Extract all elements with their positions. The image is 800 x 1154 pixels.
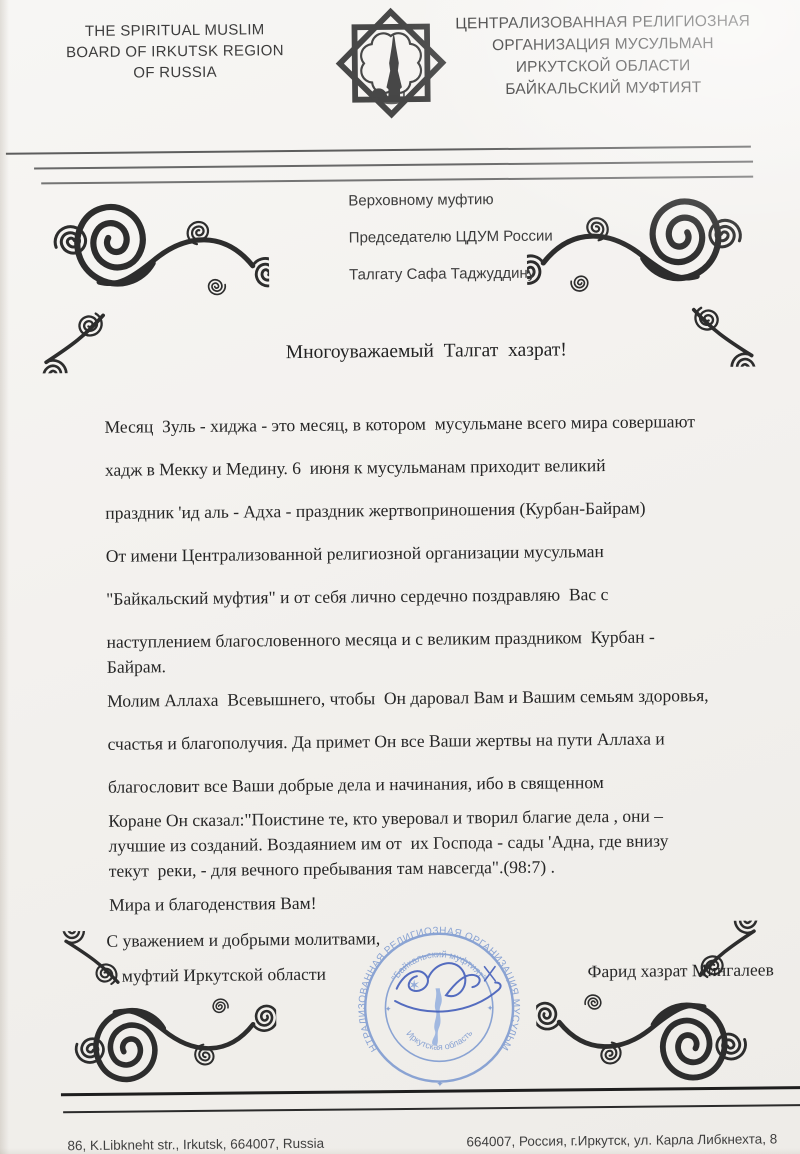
letter-body-line: От имени Централизованной религиозной ор… — [106, 540, 756, 567]
stamp-star-right: ✦ — [487, 1004, 494, 1013]
footer-address-ru: 664007, Россия, г.Иркутск, ул. Карла Либ… — [466, 1131, 777, 1149]
letter-body-line: праздник 'ид аль - Адха - праздник жертв… — [105, 497, 755, 524]
addressee-line: Верховному муфтию — [348, 191, 552, 211]
letter-body-line: "Байкальский муфтия" и от себя лично сер… — [106, 583, 756, 610]
org-name-ru-line: ОРГАНИЗАЦИЯ МУСУЛЬМАН — [447, 33, 759, 58]
letter-body-line: хадж в Мекку и Медину. 6 июня к мусульма… — [105, 454, 755, 481]
corner-swirl-flourish-bottom-right-icon — [535, 920, 800, 1089]
letter-body-line: Мира и благоденствия Вам! — [109, 889, 759, 916]
org-name-ru: ЦЕНТРАЛИЗОВАННАЯ РЕЛИГИОЗНАЯОРГАНИЗАЦИЯ … — [447, 11, 760, 102]
letterhead-rule-bottom — [41, 176, 753, 185]
stamp-inner-bottom-text: Иркутская область — [404, 1028, 474, 1053]
org-name-en-line: BOARD OF IRKUTSK REGION — [63, 40, 287, 63]
org-name-en-line: THE SPIRITUAL MUSLIM — [63, 19, 287, 42]
letter-body-line: благословит все Ваши добрые дела и начин… — [108, 771, 758, 798]
org-name-ru-line: БАЙКАЛЬСКИЙ МУФТИЯТ — [447, 77, 759, 102]
footer-address-en: 86, K.Libkneht str., Irkutsk, 664007, Ru… — [67, 1136, 324, 1153]
signer-name: Фарид хазрат Мингалеев — [587, 959, 777, 982]
org-name-en: THE SPIRITUAL MUSLIMBOARD OF IRKUTSK REG… — [63, 19, 288, 84]
letter-body-line: Коране Он сказал:"Поистине те, кто уверо… — [108, 805, 758, 832]
addressee-line: Талгату Сафа Таджуддину — [349, 265, 553, 285]
letterhead-rule-top — [6, 146, 751, 156]
stamp-star-bottom: ✦ — [436, 1079, 444, 1089]
letter-body-line: текут реки, - для вечного пребывания там… — [109, 855, 759, 882]
closing-line: С уважением и добрыми молитвами, — [106, 928, 380, 952]
mosque-minaret-crescent-star-emblem-icon — [332, 2, 449, 129]
svg-text:Иркутская область: Иркутская область — [404, 1028, 474, 1053]
letter-body-line: лучшие из созданий. Воздаянием им от их … — [108, 830, 758, 857]
stamp-star-left: ✦ — [385, 1005, 392, 1014]
letter-sheet: THE SPIRITUAL MUSLIMBOARD OF IRKUTSK REG… — [0, 0, 800, 1154]
letter-body-line: счастья и благополучия. Да примет Он все… — [107, 728, 757, 755]
official-round-stamp: ЦЕНТРАЛИЗОВАННАЯ РЕЛИГИОЗНАЯ ОРГАНИЗАЦИЯ… — [350, 919, 528, 1097]
letterhead-rule-middle — [34, 161, 753, 170]
addressee-block: Верховному муфтиюПредседателю ЦДУМ Росси… — [348, 191, 553, 304]
salutation: Многоуважаемый Талгат хазрат! — [286, 339, 567, 364]
letter-body-line: наступлением благословенного месяца и с … — [107, 626, 757, 653]
letter-body: Месяц Зуль - хиджа - это месяц, в которо… — [104, 411, 759, 929]
org-name-ru-line: ИРКУТСКОЙ ОБЛАСТИ — [447, 55, 759, 80]
corner-swirl-flourish-top-left-icon — [2, 195, 270, 374]
letter-body-line: Байрам. — [107, 651, 757, 678]
letter-body-line: Молим Аллаха Всевышнего, чтобы Он дарова… — [107, 685, 757, 712]
addressee-line: Председателю ЦДУМ России — [349, 228, 553, 248]
org-name-ru-line: ЦЕНТРАЛИЗОВАННАЯ РЕЛИГИОЗНАЯ — [447, 11, 759, 36]
letter-body-line: Месяц Зуль - хиджа - это месяц, в которо… — [104, 411, 754, 438]
footer-rule-bottom — [63, 1104, 800, 1113]
corner-swirl-flourish-bottom-left-icon — [19, 929, 277, 1089]
org-name-en-line: OF RUSSIA — [63, 61, 287, 84]
signer-title: муфтий Иркутской области — [88, 964, 326, 987]
